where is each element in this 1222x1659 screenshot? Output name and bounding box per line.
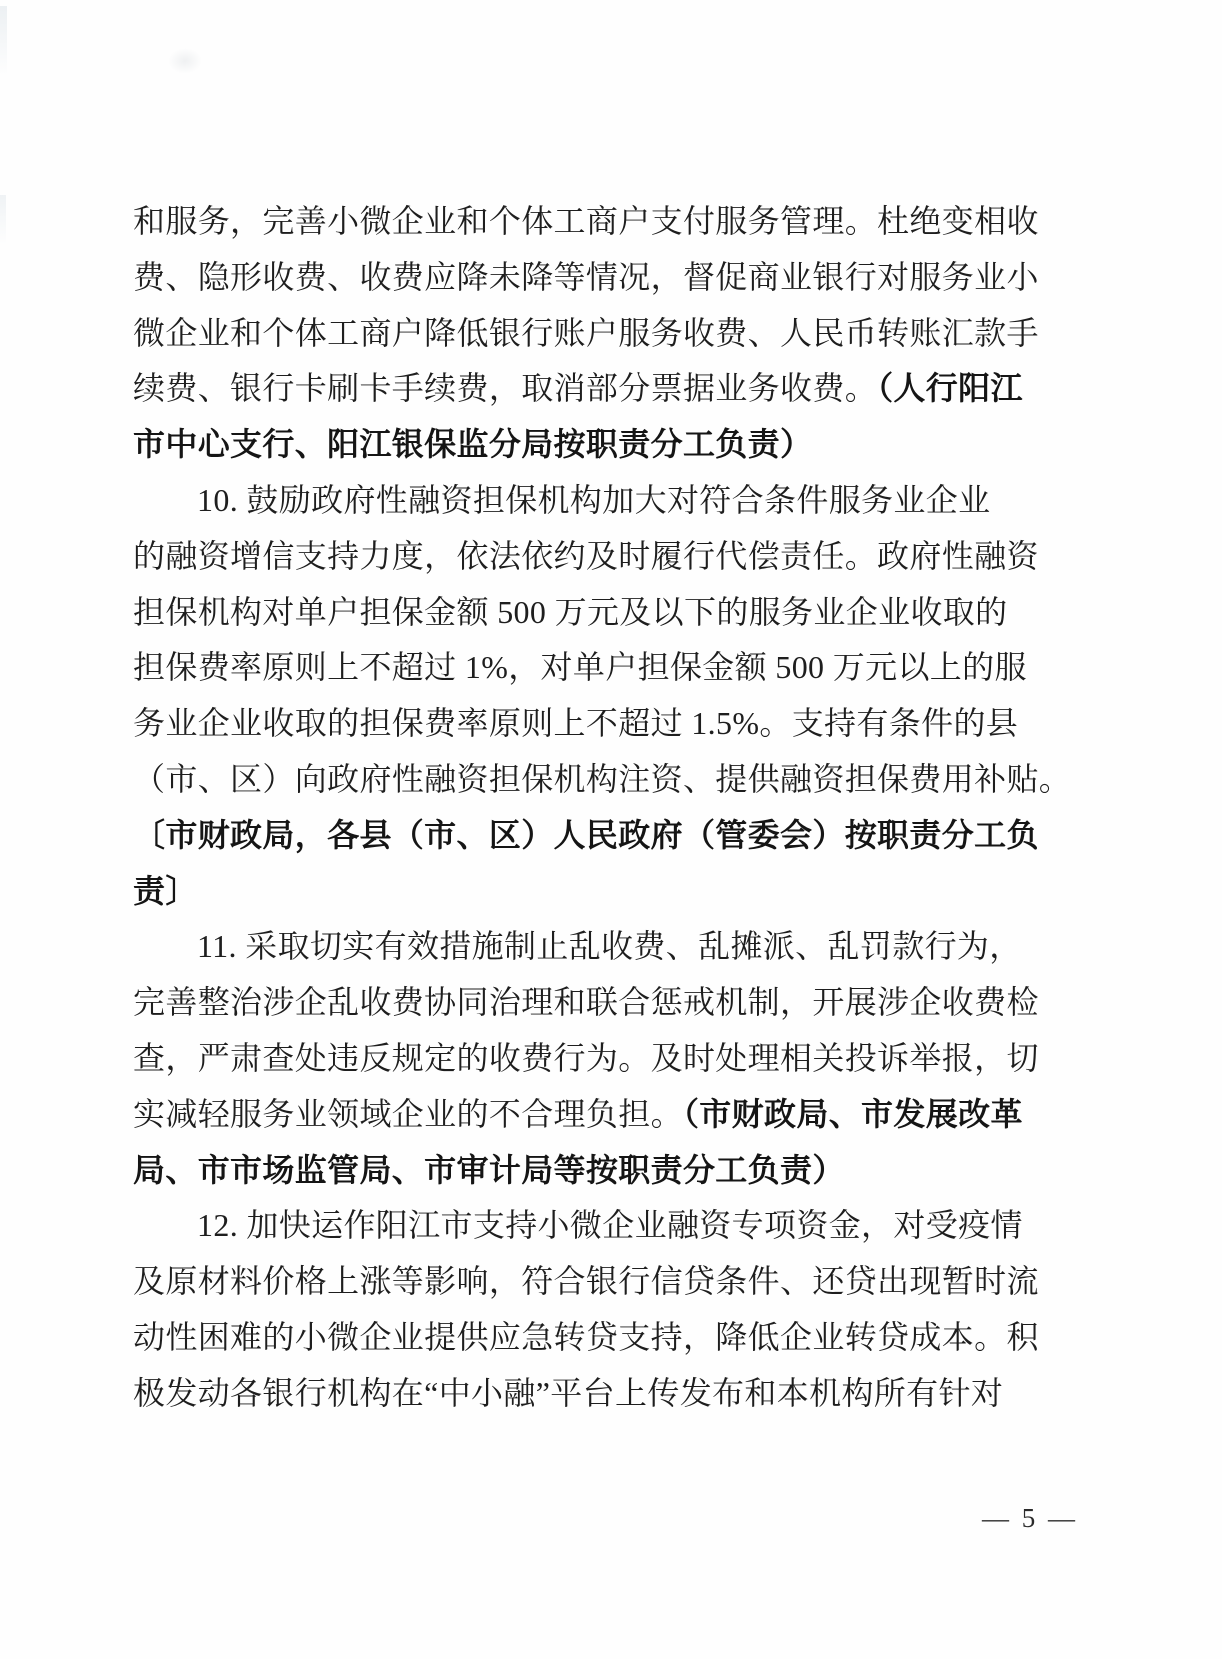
text-segment: 11. 采取切实有效措施制止乱收费、乱摊派、乱罚款行为， bbox=[197, 928, 1022, 964]
text-segment: 完善整治涉企乱收费协同治理和联合惩戒机制，开展涉企收费检 bbox=[133, 984, 1039, 1020]
text-segment: （市、区）向政府性融资担保机构注资、提供融资担保费用补贴。 bbox=[133, 761, 1071, 797]
text-segment: 和服务，完善小微企业和个体工商户支付服务管理。杜绝变相收 bbox=[133, 203, 1039, 239]
responsible-department-segment: 市中心支行、阳江银保监分局按职责分工负责） bbox=[133, 426, 812, 462]
text-segment: 10. 鼓励政府性融资担保机构加大对符合条件服务业企业 bbox=[197, 482, 990, 518]
text-line: 实减轻服务业领域企业的不合理负担。（市财政局、市发展改革 bbox=[133, 1087, 1043, 1143]
responsible-department-segment: 局、市市场监管局、市审计局等按职责分工负责） bbox=[133, 1152, 845, 1188]
text-segment: 的融资增信支持力度，依法依约及时履行代偿责任。政府性融资 bbox=[133, 538, 1039, 574]
responsible-department-segment: 〔市财政局，各县（市、区）人民政府（管委会）按职责分工负 bbox=[133, 817, 1039, 853]
text-line: 12. 加快运作阳江市支持小微企业融资专项资金，对受疫情 bbox=[133, 1198, 1043, 1254]
text-line: 担保费率原则上不超过 1%，对单户担保金额 500 万元以上的服 bbox=[133, 640, 1043, 696]
text-line: 局、市市场监管局、市审计局等按职责分工负责） bbox=[133, 1143, 1043, 1199]
text-line: 10. 鼓励政府性融资担保机构加大对符合条件服务业企业 bbox=[133, 473, 1043, 529]
scan-smudge bbox=[168, 48, 202, 74]
scan-smudge bbox=[0, 195, 6, 245]
text-line: 及原材料价格上涨等影响，符合银行信贷条件、还贷出现暂时流 bbox=[133, 1254, 1043, 1310]
text-segment: 微企业和个体工商户降低银行账户服务收费、人民币转账汇款手 bbox=[133, 315, 1039, 351]
text-line: 和服务，完善小微企业和个体工商户支付服务管理。杜绝变相收 bbox=[133, 194, 1043, 250]
text-line: 查，严肃查处违反规定的收费行为。及时处理相关投诉举报，切 bbox=[133, 1031, 1043, 1087]
responsible-department-segment: （市财政局、市发展改革 bbox=[683, 1096, 1023, 1132]
text-line: 担保机构对单户担保金额 500 万元及以下的服务业企业收取的 bbox=[133, 585, 1043, 641]
document-text-block: 和服务，完善小微企业和个体工商户支付服务管理。杜绝变相收费、隐形收费、收费应降未… bbox=[133, 194, 1043, 1422]
text-line: 市中心支行、阳江银保监分局按职责分工负责） bbox=[133, 417, 1043, 473]
page-number: — 5 — bbox=[968, 1503, 1092, 1534]
text-segment: 费、隐形收费、收费应降未降等情况，督促商业银行对服务业小 bbox=[133, 259, 1039, 295]
text-line: 动性困难的小微企业提供应急转贷支持，降低企业转贷成本。积 bbox=[133, 1310, 1043, 1366]
text-line: 微企业和个体工商户降低银行账户服务收费、人民币转账汇款手 bbox=[133, 306, 1043, 362]
text-segment: 及原材料价格上涨等影响，符合银行信贷条件、还贷出现暂时流 bbox=[133, 1263, 1039, 1299]
responsible-department-segment: （人行阳江 bbox=[877, 370, 1023, 406]
text-line: 〔市财政局，各县（市、区）人民政府（管委会）按职责分工负 bbox=[133, 808, 1043, 864]
text-segment: 担保机构对单户担保金额 500 万元及以下的服务业企业收取的 bbox=[133, 594, 1008, 630]
text-line: 完善整治涉企乱收费协同治理和联合惩戒机制，开展涉企收费检 bbox=[133, 975, 1043, 1031]
text-segment: 12. 加快运作阳江市支持小微企业融资专项资金，对受疫情 bbox=[197, 1207, 1023, 1243]
text-segment: 查，严肃查处违反规定的收费行为。及时处理相关投诉举报，切 bbox=[133, 1040, 1039, 1076]
responsible-department-segment: 责〕 bbox=[133, 873, 198, 909]
document-page: 和服务，完善小微企业和个体工商户支付服务管理。杜绝变相收费、隐形收费、收费应降未… bbox=[0, 0, 1222, 1659]
scan-smudge bbox=[0, 6, 7, 76]
text-line: 续费、银行卡刷卡手续费，取消部分票据业务收费。（人行阳江 bbox=[133, 361, 1043, 417]
text-segment: 务业企业收取的担保费率原则上不超过 1.5%。支持有条件的县 bbox=[133, 705, 1018, 741]
text-segment: 动性困难的小微企业提供应急转贷支持，降低企业转贷成本。积 bbox=[133, 1319, 1039, 1355]
text-segment: 极发动各银行机构在“中小融”平台上传发布和本机构所有针对 bbox=[133, 1375, 1003, 1411]
text-segment: 担保费率原则上不超过 1%，对单户担保金额 500 万元以上的服 bbox=[133, 649, 1027, 685]
text-segment: 实减轻服务业领域企业的不合理负担。 bbox=[133, 1096, 683, 1132]
text-line: （市、区）向政府性融资担保机构注资、提供融资担保费用补贴。 bbox=[133, 752, 1043, 808]
text-segment: 续费、银行卡刷卡手续费，取消部分票据业务收费。 bbox=[133, 370, 877, 406]
text-line: 11. 采取切实有效措施制止乱收费、乱摊派、乱罚款行为， bbox=[133, 919, 1043, 975]
text-line: 的融资增信支持力度，依法依约及时履行代偿责任。政府性融资 bbox=[133, 529, 1043, 585]
text-line: 费、隐形收费、收费应降未降等情况，督促商业银行对服务业小 bbox=[133, 250, 1043, 306]
text-line: 责〕 bbox=[133, 864, 1043, 920]
text-line: 极发动各银行机构在“中小融”平台上传发布和本机构所有针对 bbox=[133, 1366, 1043, 1422]
text-line: 务业企业收取的担保费率原则上不超过 1.5%。支持有条件的县 bbox=[133, 696, 1043, 752]
